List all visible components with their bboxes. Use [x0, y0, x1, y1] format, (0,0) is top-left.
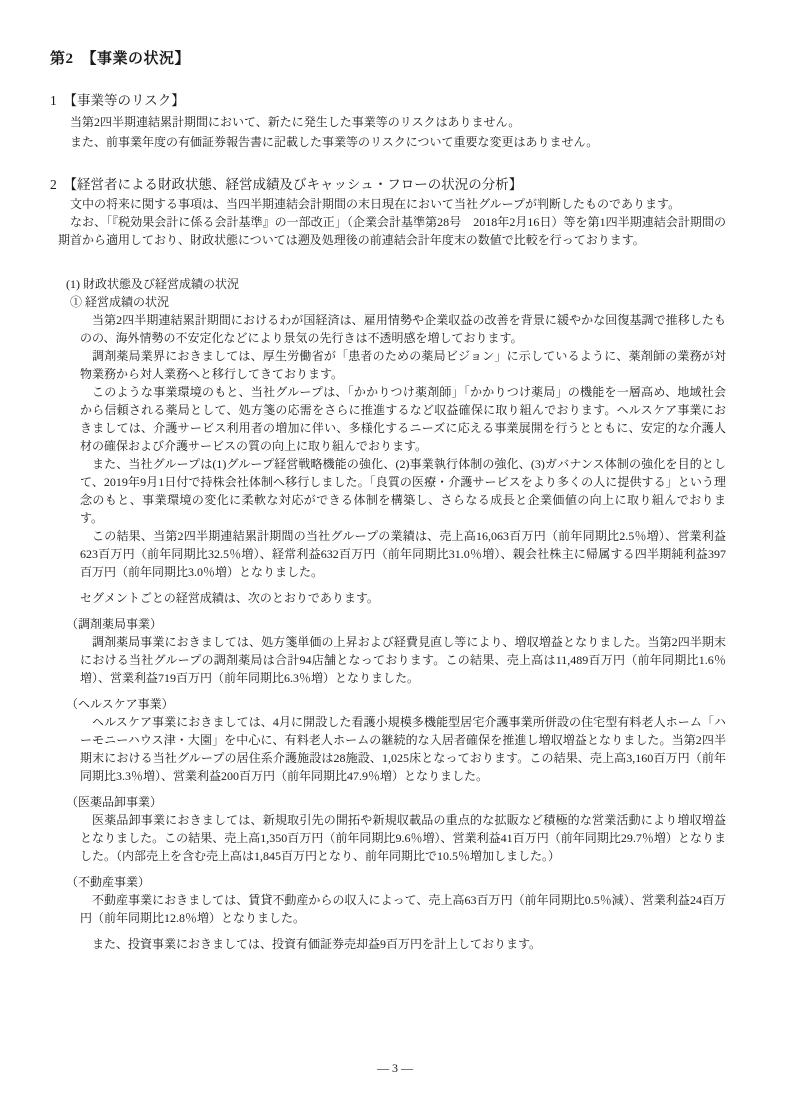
section-business-risks: 1 【事業等のリスク】 当第2四半期連結累計期間において、新たに発生した事業等の… — [50, 91, 726, 151]
segment-pharmacy-text: 調剤薬局事業におきましては、処方箋単価の上昇および経費見直し等により、増収増益と… — [80, 633, 726, 687]
section-2-heading: 2 【経営者による財政状態、経営成績及びキャッシュ・フローの状況の分析】 — [50, 175, 726, 195]
document-page: 第2 【事業の状況】 1 【事業等のリスク】 当第2四半期連結累計期間において、… — [0, 0, 790, 1118]
results-paragraph-3: このような事業環境のもと、当社グループは、「かかりつけ薬剤師」「かかりつけ薬局」… — [80, 383, 726, 455]
segment-real-estate-label: （不動産事業） — [66, 873, 726, 891]
segment-healthcare: （ヘルスケア事業） ヘルスケア事業におきましては、4月に開設した看護小規模多機能… — [66, 695, 726, 785]
investment-note: また、投資事業におきましては、投資有価証券売却益9百万円を計上しております。 — [80, 935, 726, 953]
segment-healthcare-label: （ヘルスケア事業） — [66, 695, 726, 713]
section-1-heading: 1 【事業等のリスク】 — [50, 91, 726, 111]
results-paragraph-1: 当第2四半期連結累計期間におけるわが国経済は、雇用情勢や企業収益の改善を背景に緩… — [80, 311, 726, 347]
results-paragraph-4: また、当社グループは(1)グループ経営戦略機能の強化、(2)事業執行体制の強化、… — [80, 455, 726, 527]
segment-wholesale-label: （医薬品卸事業） — [66, 793, 726, 811]
page-content: 第2 【事業の状況】 1 【事業等のリスク】 当第2四半期連結累計期間において、… — [50, 48, 726, 953]
segment-real-estate: （不動産事業） 不動産事業におきましては、賃貸不動産からの収入によって、売上高6… — [66, 873, 726, 927]
risk-paragraph-1: 当第2四半期連結累計期間において、新たに発生した事業等のリスクはありません。 — [58, 113, 726, 131]
segment-pharmaceutical-wholesale: （医薬品卸事業） 医薬品卸事業におきましては、新規取引先の開拓や新規収載品の重点… — [66, 793, 726, 865]
mdna-intro-paragraph-1: 文中の将来に関する事項は、当四半期連結会計期間の末日現在において当社グループが判… — [58, 195, 726, 213]
section-management-analysis: 2 【経営者による財政状態、経営成績及びキャッシュ・フローの状況の分析】 文中の… — [50, 175, 726, 953]
section-1-body: 当第2四半期連結累計期間において、新たに発生した事業等のリスクはありません。 ま… — [58, 113, 726, 151]
subsection-financial-results: (1) 財政状態及び経営成績の状況 ① 経営成績の状況 当第2四半期連結累計期間… — [66, 275, 726, 953]
subsection-sub-heading: ① 経営成績の状況 — [70, 293, 726, 311]
segment-pharmacy-label: （調剤薬局事業） — [66, 615, 726, 633]
risk-paragraph-2: また、前事業年度の有価証券報告書に記載した事業等のリスクについて重要な変更はあり… — [58, 133, 726, 151]
results-paragraph-5: この結果、当第2四半期連結累計期間の当社グループの業績は、売上高16,063百万… — [80, 527, 726, 581]
mdna-intro-paragraph-2: なお、「『税効果会計に係る会計基準』の一部改正」（企業会計基準第28号 2018… — [58, 213, 726, 249]
segment-intro: セグメントごとの経営成績は、次のとおりであります。 — [80, 589, 726, 607]
segment-wholesale-text: 医薬品卸事業におきましては、新規取引先の開拓や新規収載品の重点的な拡販など積極的… — [80, 811, 726, 865]
segment-pharmacy: （調剤薬局事業） 調剤薬局事業におきましては、処方箋単価の上昇および経費見直し等… — [66, 615, 726, 687]
chapter-heading: 第2 【事業の状況】 — [50, 48, 726, 70]
page-number: ― 3 ― — [0, 1061, 790, 1076]
results-overview: 当第2四半期連結累計期間におけるわが国経済は、雇用情勢や企業収益の改善を背景に緩… — [80, 311, 726, 581]
results-paragraph-2: 調剤薬局業界におきましては、厚生労働省が「患者のための薬局ビジョン」に示している… — [80, 347, 726, 383]
section-2-intro: 文中の将来に関する事項は、当四半期連結会計期間の末日現在において当社グループが判… — [58, 195, 726, 249]
segment-real-estate-text: 不動産事業におきましては、賃貸不動産からの収入によって、売上高63百万円（前年同… — [80, 891, 726, 927]
segment-healthcare-text: ヘルスケア事業におきましては、4月に開設した看護小規模多機能型居宅介護事業所併設… — [80, 713, 726, 785]
subsection-heading: (1) 財政状態及び経営成績の状況 — [66, 275, 726, 293]
